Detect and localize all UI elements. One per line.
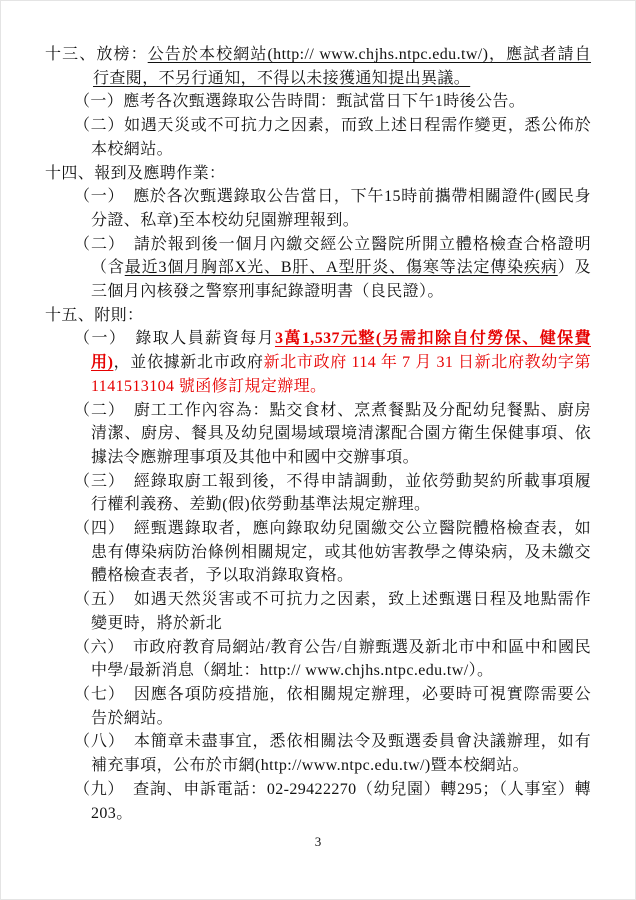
section-15-item-7: （七）因應各項防疫措施，依相關規定辦理，必要時可視實際需要公告於網站。 — [91, 683, 591, 730]
item-marker: （二） — [74, 117, 124, 134]
section-15-item-3: （三）經錄取廚工報到後，不得申請調動，並依勞動契約所載事項履行權利義務、差勤(假… — [91, 470, 591, 517]
document-body: 十三、放榜：公告於本校網站(http:// www.chjhs.ntpc.edu… — [45, 43, 591, 825]
section-13-underlined-text: 公告於本校網站(http:// www.chjhs.ntpc.edu.tw/)，… — [93, 46, 591, 87]
item-text: 市政府教育局網站/教育公告/自辦甄選及新北市中和區中和國民中學/最新消息（網址：… — [91, 639, 591, 680]
section-13-heading: 十三、放榜：公告於本校網站(http:// www.chjhs.ntpc.edu… — [93, 43, 591, 90]
item-marker: （七） — [74, 686, 125, 703]
section-14-heading: 十四、報到及應聘作業： — [93, 162, 591, 186]
item-marker: （三） — [74, 473, 125, 490]
item-marker: （二） — [74, 236, 125, 253]
item-marker: （五） — [74, 591, 125, 608]
section-15-item-5: （五）如遇天然災害或不可抗力之因素，致上述甄選日程及地點需作變更時，將於新北 — [91, 588, 591, 635]
section-15-item-6: （六）市政府教育局網站/教育公告/自辦甄選及新北市中和區中和國民中學/最新消息（… — [91, 636, 591, 683]
item-marker: （九） — [74, 781, 124, 798]
item-text: 如遇天然災害或不可抗力之因素，致上述甄選日程及地點需作變更時，將於新北 — [91, 591, 591, 632]
section-14-item-2: （二）請於報到後一個月內繳交經公立醫院所開立體格檢查合格證明（含最近3個月胸部X… — [91, 233, 591, 304]
item-underlined-text: 最近3個月胸部X光、B肝、A型肝炎、傷寒等法定傳染疾病 — [125, 259, 558, 276]
section-15-item-2: （二）廚工工作內容為：點交食材、烹煮餐點及分配幼兒餐點、廚房清潔、廚房、餐具及幼… — [91, 399, 591, 470]
section-14-title: 報到及應聘作業： — [94, 165, 225, 182]
section-15-marker: 十五、 — [45, 307, 94, 324]
item-text: 經錄取廚工報到後，不得申請調動，並依勞動契約所載事項履行權利義務、差勤(假)依勞… — [91, 473, 591, 514]
section-15-item-1: （一）錄取人員薪資每月3萬1,537元整(另需扣除自付勞保、健保費用)，並依據新… — [91, 327, 591, 398]
item-marker: （一） — [74, 188, 124, 205]
item-text: 經甄選錄取者，應向錄取幼兒園繳交公立醫院體格檢查表，如患有傳染病防治條例相關規定… — [91, 520, 591, 584]
item-text: 本簡章未盡事宜，悉依相關法令及甄選委員會決議辦理，如有補充事項，公布於市網(ht… — [91, 733, 591, 774]
item-marker: （一） — [74, 330, 126, 347]
section-15-title: 附則： — [94, 307, 143, 324]
item-marker: （八） — [74, 733, 125, 750]
section-13-marker: 十三、 — [45, 46, 96, 63]
salary-text-plain-2: ，並依據新北市政府 — [113, 354, 263, 371]
page-number: 3 — [1, 834, 635, 850]
section-15-heading: 十五、附則： — [93, 304, 591, 328]
salary-text-plain: 錄取人員薪資每月 — [135, 330, 275, 347]
item-marker: （二） — [74, 402, 125, 419]
document-page: 十三、放榜：公告於本校網站(http:// www.chjhs.ntpc.edu… — [0, 0, 636, 900]
section-13-lead: 放榜： — [96, 46, 147, 63]
section-13-item-2: （二）如遇天災或不可抗力之因素，而致上述日程需作變更，悉公佈於本校網站。 — [91, 114, 591, 161]
section-15-item-8: （八）本簡章未盡事宜，悉依相關法令及甄選委員會決議辦理，如有補充事項，公布於市網… — [91, 730, 591, 777]
section-14-marker: 十四、 — [45, 165, 94, 182]
section-14-item-1: （一）應於各次甄選錄取公告當日，下午15時前攜帶相關證件(國民身分證、私章)至本… — [91, 185, 591, 232]
section-15-item-4: （四）經甄選錄取者，應向錄取幼兒園繳交公立醫院體格檢查表，如患有傳染病防治條例相… — [91, 517, 591, 588]
item-marker: （四） — [74, 520, 125, 537]
item-text: 因應各項防疫措施，依相關規定辦理，必要時可視實際需要公告於網站。 — [91, 686, 591, 727]
item-text: 應考各次甄選錄取公告時間：甄試當日下午1時後公告。 — [123, 93, 525, 110]
item-text: 如遇天災或不可抗力之因素，而致上述日程需作變更，悉公佈於本校網站。 — [91, 117, 591, 158]
section-13-item-1: （一）應考各次甄選錄取公告時間：甄試當日下午1時後公告。 — [91, 90, 591, 114]
item-text: 應於各次甄選錄取公告當日，下午15時前攜帶相關證件(國民身分證、私章)至本校幼兒… — [91, 188, 591, 229]
item-text: 查詢、申訴電話：02-29422270（幼兒園）轉295；（人事室）轉203。 — [91, 781, 591, 822]
item-text: 廚工工作內容為：點交食材、烹煮餐點及分配幼兒餐點、廚房清潔、廚房、餐具及幼兒園場… — [91, 402, 591, 466]
item-marker: （六） — [74, 639, 124, 656]
section-15-item-9: （九）查詢、申訴電話：02-29422270（幼兒園）轉295；（人事室）轉20… — [91, 778, 591, 825]
item-marker: （一） — [74, 93, 123, 110]
